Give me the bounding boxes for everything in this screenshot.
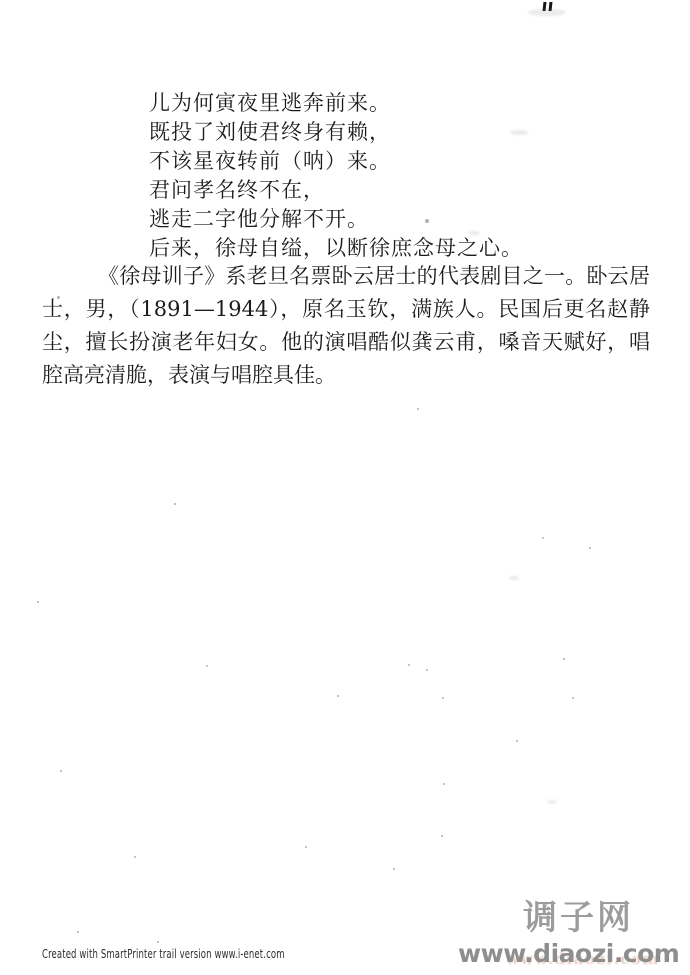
scan-noise [547, 800, 557, 804]
scan-noise [589, 547, 591, 549]
scan-noise [509, 576, 519, 580]
scan-noise [305, 846, 307, 848]
scan-noise [425, 219, 429, 223]
scan-noise [417, 408, 419, 410]
scan-noise [426, 669, 428, 671]
verse-line: 逃走二字他分解不开。 [149, 205, 523, 234]
scan-noise [408, 664, 410, 666]
scan-noise [57, 296, 60, 299]
verse-line: 既投了刘使君终身有赖， [149, 118, 523, 147]
scan-noise [563, 658, 565, 660]
scan-noise [572, 697, 574, 699]
verse-line: 儿为何寅夜里逃奔前来。 [149, 89, 523, 118]
scan-noise [337, 695, 339, 697]
scan-noise [77, 931, 79, 933]
scan-noise [510, 130, 528, 135]
scan-noise [516, 740, 518, 742]
verse-line: 后来，徐母自缢，以断徐庶念母之心。 [149, 234, 523, 263]
verse-line: 不该星夜转前（呐）来。 [149, 147, 523, 176]
scan-artifact-smudge [528, 9, 566, 16]
scan-noise [134, 856, 136, 858]
scan-noise [37, 601, 39, 603]
scan-noise [442, 697, 444, 699]
verse-block: 儿为何寅夜里逃奔前来。 既投了刘使君终身有赖， 不该星夜转前（呐）来。 君问孝名… [149, 89, 523, 263]
printer-credit: Created with SmartPrinter trail version … [42, 946, 285, 961]
scan-noise [443, 783, 445, 785]
commentary-paragraph: 《徐母训子》系老旦名票卧云居士的代表剧目之一。卧云居士，男，（1891—1944… [42, 260, 650, 392]
scan-noise [542, 537, 544, 539]
scanned-book-page: 儿为何寅夜里逃奔前来。 既投了刘使君终身有赖， 不该星夜转前（呐）来。 君问孝名… [0, 0, 690, 975]
scan-noise [441, 835, 443, 837]
scan-noise [60, 770, 62, 772]
scan-noise [206, 665, 208, 667]
scan-noise [174, 503, 176, 505]
scan-noise [157, 941, 159, 943]
watermark-site-name: 调子网 [523, 901, 634, 935]
watermark-site-url: www.diaozi.com [458, 941, 679, 966]
scan-noise [393, 868, 395, 870]
verse-line: 君问孝名终不在， [149, 176, 523, 205]
scan-noise [468, 231, 480, 235]
